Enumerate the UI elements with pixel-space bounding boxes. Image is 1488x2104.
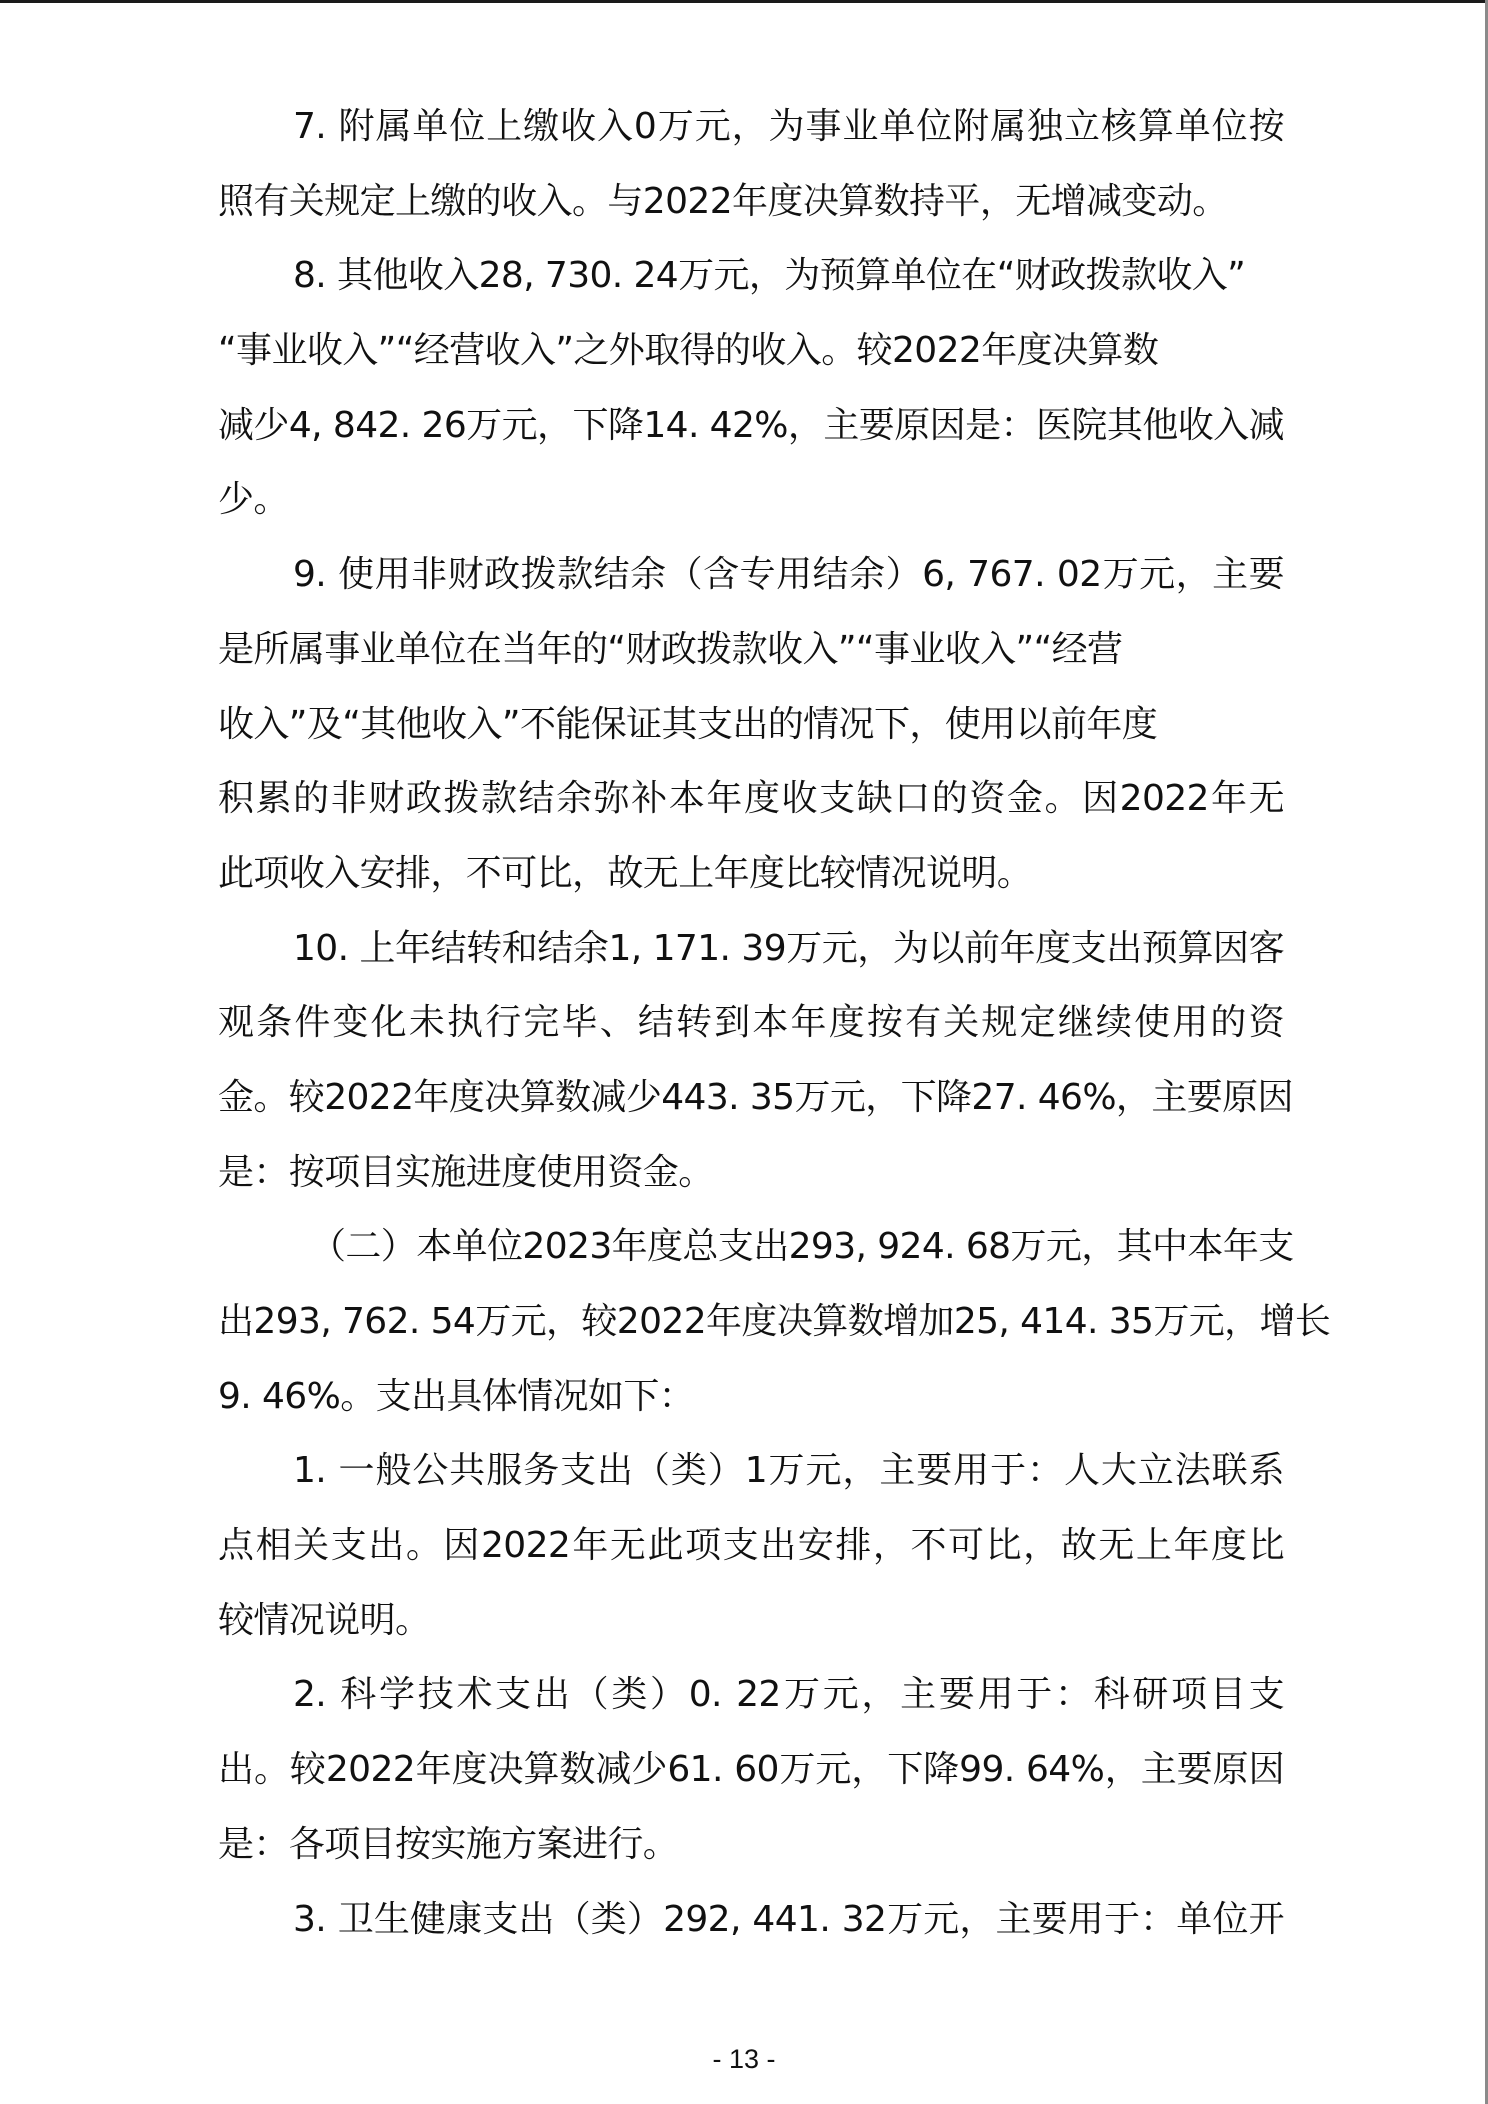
text-line: 出。较2022年度决算数减少61. 60万元，下降99. 64%，主要原因 [218, 1733, 1284, 1808]
text-line: 出293, 762. 54万元，较2022年度决算数增加25, 414. 35万… [218, 1285, 1284, 1360]
text-line: 观条件变化未执行完毕、结转到本年度按有关规定继续使用的资 [218, 986, 1284, 1061]
text-line: 较情况说明。 [218, 1584, 1284, 1659]
text-line: 此项收入安排，不可比，故无上年度比较情况说明。 [218, 837, 1284, 912]
text-line: 减少4, 842. 26万元，下降14. 42%，主要原因是：医院其他收入减 [218, 389, 1284, 464]
text-line: 9. 使用非财政拨款结余（含专用结余）6, 767. 02万元，主要 [218, 538, 1284, 613]
text-line: 是所属事业单位在当年的“财政拨款收入”“事业收入”“经营 [218, 613, 1284, 688]
text-line: 照有关规定上缴的收入。与2022年度决算数持平，无增减变动。 [218, 165, 1284, 240]
text-line: “事业收入”“经营收入”之外取得的收入。较2022年度决算数 [218, 314, 1284, 389]
page-top-border [0, 0, 1488, 3]
text-line: 金。较2022年度决算数减少443. 35万元，下降27. 46%，主要原因 [218, 1061, 1284, 1136]
text-line: 少。 [218, 463, 1284, 538]
text-line: 8. 其他收入28, 730. 24万元，为预算单位在“财政拨款收入” [218, 239, 1284, 314]
text-line: 9. 46%。支出具体情况如下： [218, 1360, 1284, 1435]
document-body: 7. 附属单位上缴收入0万元，为事业单位附属独立核算单位按 照有关规定上缴的收入… [218, 90, 1284, 1957]
section-heading-line: （二）本单位2023年度总支出293, 924. 68万元，其中本年支 [218, 1210, 1284, 1285]
text-line: 点相关支出。因2022年无此项支出安排，不可比，故无上年度比 [218, 1509, 1284, 1584]
text-line: 1. 一般公共服务支出（类）1万元，主要用于：人大立法联系 [218, 1434, 1284, 1509]
text-line: 收入”及“其他收入”不能保证其支出的情况下，使用以前年度 [218, 688, 1284, 763]
text-line: 积累的非财政拨款结余弥补本年度收支缺口的资金。因2022年无 [218, 762, 1284, 837]
text-line: 7. 附属单位上缴收入0万元，为事业单位附属独立核算单位按 [218, 90, 1284, 165]
text-line: 是：各项目按实施方案进行。 [218, 1808, 1284, 1883]
page-number: - 13 - [0, 2044, 1488, 2075]
text-line: 是：按项目实施进度使用资金。 [218, 1136, 1284, 1211]
text-line: 2. 科学技术支出（类）0. 22万元，主要用于：科研项目支 [218, 1658, 1284, 1733]
text-line: 3. 卫生健康支出（类）292, 441. 32万元，主要用于：单位开 [218, 1883, 1284, 1958]
text-line: 10. 上年结转和结余1, 171. 39万元，为以前年度支出预算因客 [218, 912, 1284, 987]
